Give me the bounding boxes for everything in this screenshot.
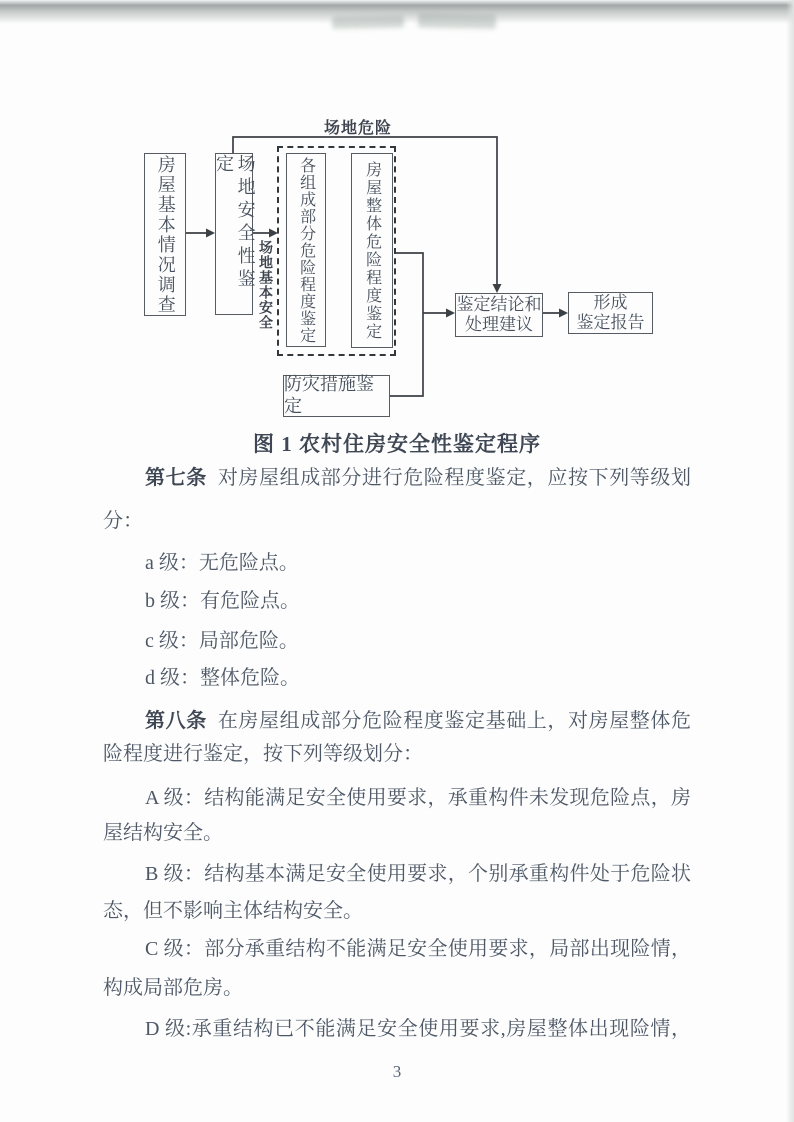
article-8-label: 第八条 — [145, 710, 207, 732]
ghost-bleedthrough-text — [418, 13, 496, 28]
body-line: c 级：局部危险。 — [103, 626, 691, 658]
flow-box-house-basic-survey: 房屋基本情况调查 — [144, 153, 186, 316]
page-number: 3 — [0, 1062, 794, 1082]
flow-box-conclusion-line2: 处理建议 — [465, 315, 533, 335]
article-7-label: 第七条 — [145, 467, 207, 489]
body-line: 险程度进行鉴定，按下列等级划分： — [103, 739, 691, 771]
body-line: a 级：无危险点。 — [103, 548, 691, 580]
body-line: A 级：结构能满足安全使用要求，承重构件未发现危险点，房 — [103, 783, 691, 815]
figure-caption: 图 1 农村住房安全性鉴定程序 — [0, 428, 794, 458]
body-line-text: 对房屋组成部分进行危险程度鉴定，应按下列等级划 — [218, 467, 691, 489]
flow-box-disaster-prevention-appraisal: 防灾措施鉴定 — [283, 375, 390, 417]
flow-box-site-safety-appraisal: 场地安全性鉴定 — [215, 153, 253, 315]
flow-box-report-line1: 形成 — [594, 293, 628, 313]
body-line-text: 在房屋组成部分危险程度鉴定基础上，对房屋整体危 — [218, 710, 691, 732]
body-line: b 级：有危险点。 — [103, 586, 691, 618]
flow-box-report-line2: 鉴定报告 — [577, 313, 645, 333]
flow-label-site-danger: 场地危险 — [324, 115, 392, 138]
body-line: 态，但不影响主体结构安全。 — [103, 896, 691, 928]
flow-label-site-basically-safe: 场地基本安全 — [256, 240, 276, 332]
body-line: 分： — [103, 506, 691, 538]
body-line: D 级:承重结构已不能满足安全使用要求,房屋整体出现险情， — [103, 1014, 691, 1046]
body-line: B 级：结构基本满足安全使用要求，个别承重构件处于危险状 — [103, 859, 691, 891]
flow-box-conclusion-line1: 鉴定结论和 — [457, 295, 542, 315]
flow-box-conclusion-and-suggestion: 鉴定结论和 处理建议 — [455, 293, 543, 337]
flow-box-component-danger-appraisal: 各组成部分危险程度鉴定 — [286, 153, 326, 347]
ghost-bleedthrough-text — [332, 15, 404, 28]
scanned-document-page: 房屋基本情况调查 场地安全性鉴定 各组成部分危险程度鉴定 房屋整体危险程度鉴定 … — [0, 0, 794, 1122]
body-line: 第八条在房屋组成部分危险程度鉴定基础上，对房屋整体危 — [103, 706, 691, 738]
flow-box-overall-danger-appraisal: 房屋整体危险程度鉴定 — [351, 153, 393, 348]
body-line: 构成局部危房。 — [103, 973, 691, 1005]
body-line: C 级：部分承重结构不能满足安全使用要求，局部出现险情， — [103, 934, 691, 966]
body-line: 第七条对房屋组成部分进行危险程度鉴定，应按下列等级划 — [103, 463, 691, 495]
scan-artifact-right-band — [786, 0, 794, 1122]
body-line: d 级：整体危险。 — [103, 663, 691, 695]
flow-box-form-report: 形成 鉴定报告 — [568, 292, 653, 334]
body-line: 屋结构安全。 — [103, 818, 691, 850]
